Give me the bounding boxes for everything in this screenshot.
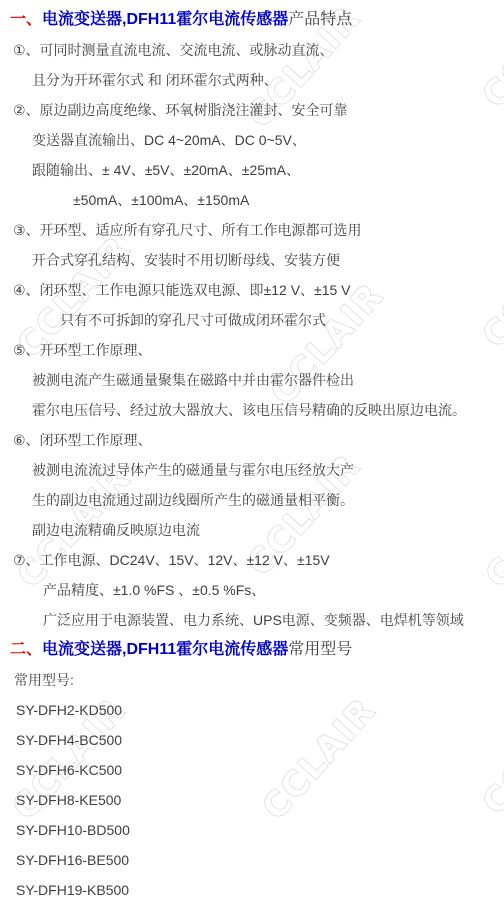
feature-line: 开合式穿孔结构、安装时不用切断母线、安装方便 <box>0 245 504 275</box>
feature-line: 变送器直流输出、DC 4~20mA、DC 0~5V、 <box>0 125 504 155</box>
section-suffix: 产品特点 <box>288 11 352 28</box>
section-number: 二、 <box>10 641 42 658</box>
feature-line: ⑤、开环型工作原理、 <box>0 335 504 365</box>
feature-line: 只有不可拆卸的穿孔尺寸可做成闭环霍尔式 <box>0 305 504 335</box>
models-label: 常用型号: <box>0 665 504 695</box>
model-line: SY-DFH2-KD500 <box>0 695 504 725</box>
model-line: SY-DFH8-KE500 <box>0 785 504 815</box>
feature-line: 跟随输出、± 4V、±5V、±20mA、±25mA、 <box>0 155 504 185</box>
section-suffix: 常用型号 <box>288 641 352 658</box>
model-line: SY-DFH4-BC500 <box>0 725 504 755</box>
feature-line: 被测电流产生磁通量聚集在磁路中并由霍尔器件检出 <box>0 365 504 395</box>
page: { "page": { "watermark_text": "CCLAIR", … <box>0 0 504 897</box>
feature-line: 霍尔电压信号、经过放大器放大、该电压信号精确的反映出原边电流。 <box>0 395 504 425</box>
document-body: 一、电流变送器,DFH11霍尔电流传感器产品特点①、可同时测量直流电流、交流电流… <box>0 0 504 897</box>
feature-line: ①、可同时测量直流电流、交流电流、或脉动直流、 <box>0 35 504 65</box>
feature-line: 且分为开环霍尔式 和 闭环霍尔式两种、 <box>0 65 504 95</box>
feature-line: ②、原边副边高度绝缘、环氧树脂浇注灌封、安全可靠 <box>0 95 504 125</box>
feature-line: 副边电流精确反映原边电流 <box>0 515 504 545</box>
feature-line: 产品精度、±1.0 %FS 、±0.5 %Fs、 <box>0 575 504 605</box>
section-heading: 二、电流变送器,DFH11霍尔电流传感器常用型号 <box>0 635 504 665</box>
section-title: 电流变送器,DFH11霍尔电流传感器 <box>42 641 288 658</box>
model-line: SY-DFH10-BD500 <box>0 815 504 845</box>
feature-line: ±50mA、±100mA、±150mA <box>0 185 504 215</box>
model-line: SY-DFH6-KC500 <box>0 755 504 785</box>
section-heading: 一、电流变送器,DFH11霍尔电流传感器产品特点 <box>0 5 504 35</box>
feature-line: ④、闭环型、工作电源只能选双电源、即±12 V、±15 V <box>0 275 504 305</box>
feature-line: ⑥、闭环型工作原理、 <box>0 425 504 455</box>
feature-line: 广泛应用于电源装置、电力系统、UPS电源、变频器、电焊机等领域 <box>0 605 504 635</box>
feature-line: 生的副边电流通过副边线圈所产生的磁通量相平衡。 <box>0 485 504 515</box>
feature-line: 被测电流流过导体产生的磁通量与霍尔电压经放大产 <box>0 455 504 485</box>
feature-line: ③、开环型、适应所有穿孔尺寸、所有工作电源都可选用 <box>0 215 504 245</box>
section-title: 电流变送器,DFH11霍尔电流传感器 <box>42 11 288 28</box>
model-line: SY-DFH16-BE500 <box>0 845 504 875</box>
section-number: 一、 <box>10 11 42 28</box>
model-line: SY-DFH19-KB500 <box>0 875 504 897</box>
feature-line: ⑦、工作电源、DC24V、15V、12V、±12 V、±15V <box>0 545 504 575</box>
